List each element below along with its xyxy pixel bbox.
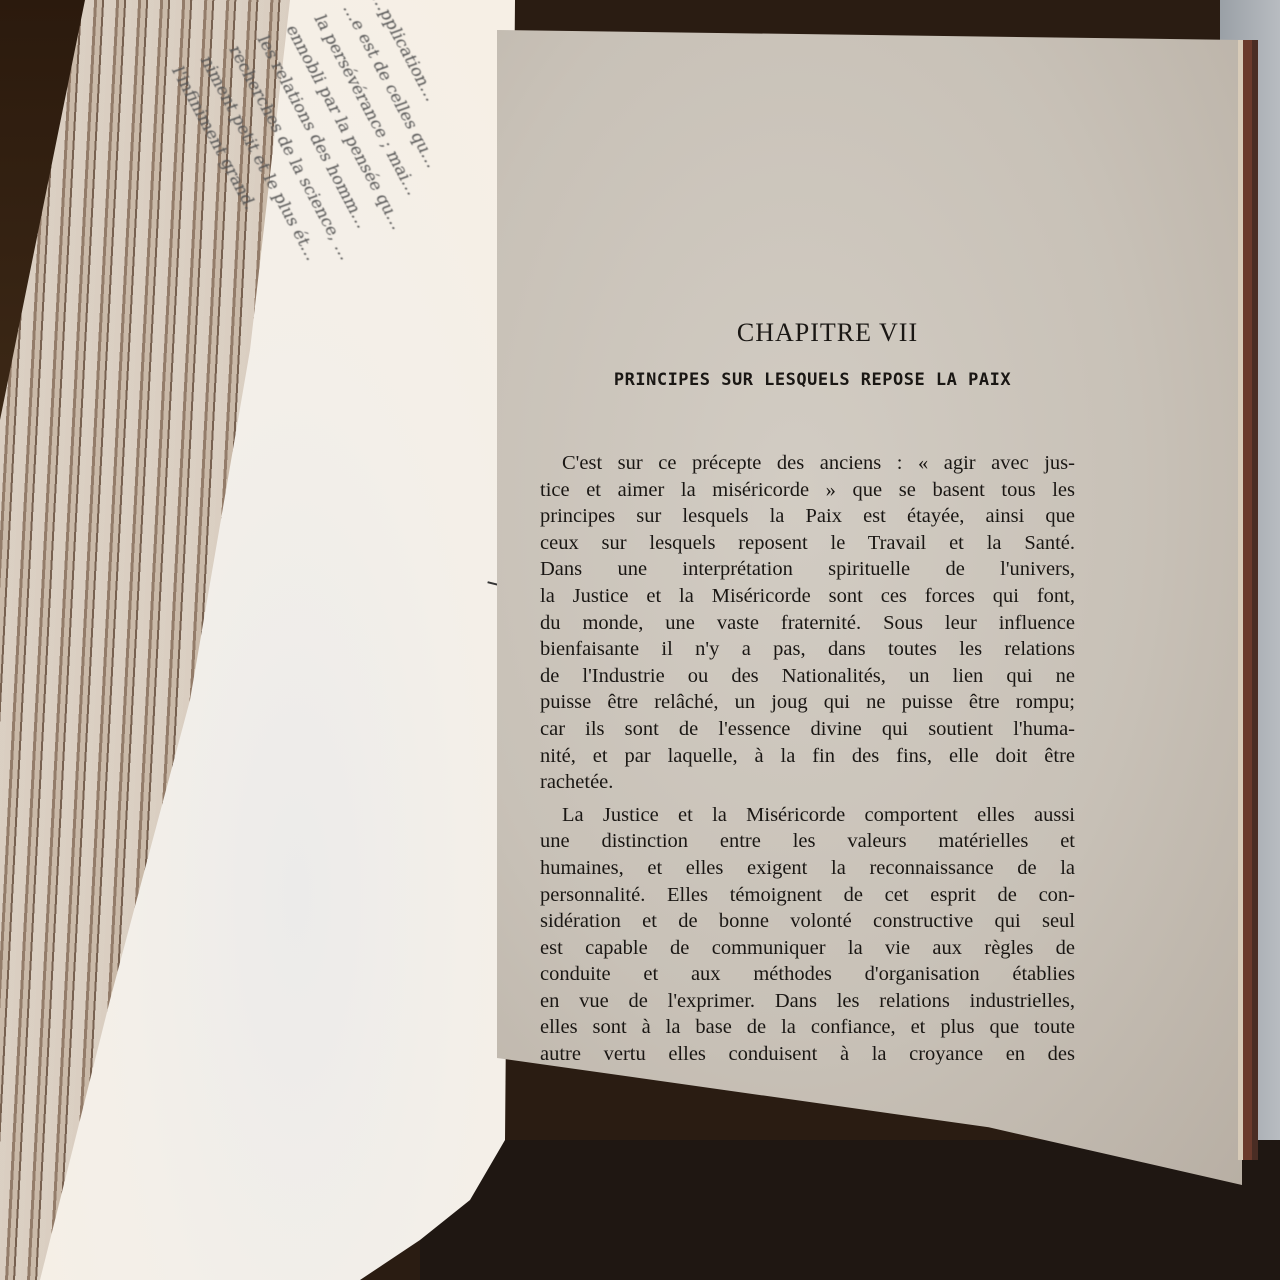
book-photo: …pplication… …e est de celles qu… la per… <box>0 0 1280 1280</box>
text-line: du monde, une vaste fraternité. Sous leu… <box>540 610 1075 637</box>
book-cover-edge <box>1238 40 1258 1160</box>
text-line: la Justice et la Miséricorde sont ces fo… <box>540 583 1075 610</box>
text-line: puisse être relâché, un joug qui ne puis… <box>540 689 1075 716</box>
right-page-content: CHAPITRE VII PRINCIPES SUR LESQUELS REPO… <box>540 318 1075 1068</box>
text-line: est capable de communiquer la vie aux rè… <box>540 935 1075 962</box>
text-line: personnalité. Elles témoignent de cet es… <box>540 882 1075 909</box>
text-line: nité, et par laquelle, à la fin des fins… <box>540 743 1075 770</box>
paragraph-2: La Justice et la Miséricorde comportent … <box>540 802 1075 1068</box>
paragraph-1: C'est sur ce précepte des anciens : « ag… <box>540 450 1075 796</box>
text-line: bienfaisante il n'y a pas, dans toutes l… <box>540 636 1075 663</box>
text-line: tice et aimer la miséricorde » que se ba… <box>540 477 1075 504</box>
text-line: principes sur lesquels la Paix est étayé… <box>540 503 1075 530</box>
text-line: sidération et de bonne volonté construct… <box>540 908 1075 935</box>
text-line: une distinction entre les valeurs matéri… <box>540 828 1075 855</box>
chapter-subtitle: PRINCIPES SUR LESQUELS REPOSE LA PAIX <box>550 370 1075 390</box>
text-line: Dans une interprétation spirituelle de l… <box>540 556 1075 583</box>
text-line: ceux sur lesquels reposent le Travail et… <box>540 530 1075 557</box>
text-line: La Justice et la Miséricorde comportent … <box>540 802 1075 829</box>
text-line: rachetée. <box>540 769 1075 796</box>
text-line: humaines, et elles exigent la reconnaiss… <box>540 855 1075 882</box>
text-line: C'est sur ce précepte des anciens : « ag… <box>540 450 1075 477</box>
text-line: autre vertu elles conduisent à la croyan… <box>540 1041 1075 1068</box>
chapter-title: CHAPITRE VII <box>580 318 1075 348</box>
text-line: en vue de l'exprimer. Dans les relations… <box>540 988 1075 1015</box>
text-line: elles sont à la base de la confiance, et… <box>540 1014 1075 1041</box>
text-line: conduite et aux méthodes d'organisation … <box>540 961 1075 988</box>
text-line: car ils sont de l'essence divine qui sou… <box>540 716 1075 743</box>
text-line: de l'Industrie ou des Nationalités, un l… <box>540 663 1075 690</box>
